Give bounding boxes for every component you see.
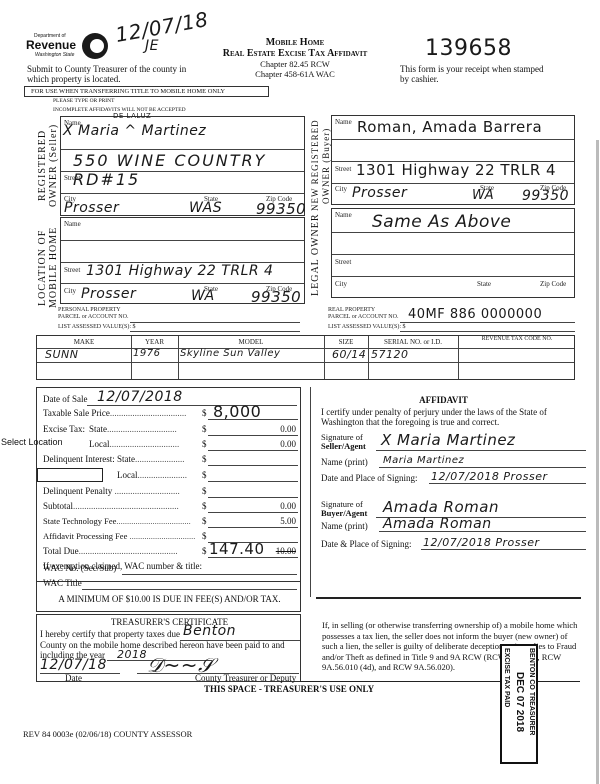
cell-year[interactable]: 1976 bbox=[133, 348, 160, 359]
agency-line3: Washington State bbox=[35, 52, 74, 58]
affidavit-statement: I certify under penalty of perjury under… bbox=[321, 407, 561, 427]
location-section-label: LOCATION OF MOBILE HOME bbox=[37, 220, 59, 315]
buyer-print-label: Name (print) bbox=[321, 521, 368, 531]
currency-symbol: $ bbox=[202, 424, 207, 434]
wac-no-label: WAC No. (Sec/Sub) bbox=[43, 563, 116, 573]
seller-date-field[interactable]: 12/07/2018 Prosser bbox=[431, 470, 548, 483]
delinquent-local-label: Local...................... bbox=[117, 470, 199, 480]
legal-zip-label: Zip Code bbox=[540, 280, 566, 288]
seller-sig-label: Signature of Seller/Agent bbox=[321, 433, 366, 451]
seller-date-label: Date and Place of Signing: bbox=[321, 473, 417, 483]
location-city-field[interactable]: Prosser bbox=[81, 286, 136, 302]
minimum-note: A MINIMUM OF $10.00 IS DUE IN FEE(S) AND… bbox=[37, 594, 302, 604]
total-due-label: Total Due...............................… bbox=[43, 546, 199, 556]
excise-local-label: Local............................... bbox=[89, 439, 199, 449]
chapter-rcw: Chapter 82.45 RCW bbox=[195, 59, 395, 69]
seller-city-field[interactable]: Prosser bbox=[64, 200, 119, 216]
stamp-line2: DEC 07 2018 bbox=[514, 672, 525, 732]
submit-note: Submit to County Treasurer of the county… bbox=[27, 64, 187, 84]
treasurer-title: TREASURER'S CERTIFICATE bbox=[37, 617, 302, 627]
col-header-make: MAKE bbox=[37, 338, 131, 346]
buyer-city-field[interactable]: Prosser bbox=[352, 185, 407, 201]
seller-print-field[interactable]: Maria Martinez bbox=[383, 455, 464, 466]
location-zip-field[interactable]: 99350 bbox=[251, 288, 301, 306]
excise-local-value: 0.00 bbox=[208, 439, 296, 449]
currency-symbol: $ bbox=[202, 470, 207, 480]
table-row bbox=[37, 362, 576, 380]
real-label1: REAL PROPERTY bbox=[328, 307, 375, 313]
buyer-print-field[interactable]: Amada Roman bbox=[383, 516, 492, 532]
seller-print-label: Name (print) bbox=[321, 457, 368, 467]
use-notice-box: FOR USE WHEN TRANSFERRING TITLE TO MOBIL… bbox=[24, 86, 269, 97]
real-parcel-field[interactable]: 40MF 886 0000000 bbox=[408, 307, 542, 322]
cell-model[interactable]: Skyline Sun Valley bbox=[180, 348, 280, 359]
legal-name-field[interactable]: Same As Above bbox=[372, 212, 511, 232]
buyer-zip-field[interactable]: 99350 bbox=[522, 188, 569, 204]
delinquent-penalty-label: Delinquent Penalty .....................… bbox=[43, 486, 199, 496]
cell-serial[interactable]: 57120 bbox=[371, 348, 409, 361]
wac-title-label: WAC Title bbox=[43, 578, 82, 588]
col-header-model: MODEL bbox=[178, 338, 324, 346]
seller-state-field[interactable]: WAS bbox=[189, 200, 222, 216]
currency-symbol: $ bbox=[202, 546, 207, 556]
location-state-field[interactable]: WA bbox=[191, 288, 215, 304]
receipt-number: 139658 bbox=[425, 36, 512, 61]
seller-name-insert: DE LALUZ bbox=[113, 112, 151, 120]
stamp-line1: BENTON CO TREASURER bbox=[528, 648, 535, 735]
buyer-name-field[interactable]: Roman, Amada Barrera bbox=[357, 118, 542, 136]
personal-parcel-section: PERSONAL PROPERTY PARCEL or ACCOUNT NO. … bbox=[58, 307, 303, 331]
seller-address-line[interactable]: 550 WINE COUNTRY RD#15 bbox=[73, 151, 304, 189]
currency-symbol: $ bbox=[202, 454, 207, 464]
subtotal-label: Subtotal................................… bbox=[43, 501, 199, 511]
tech-fee-label: State Technology Fee....................… bbox=[43, 516, 199, 526]
handwritten-initials: JE bbox=[145, 38, 159, 54]
taxable-price-label: Taxable Sale Price......................… bbox=[43, 408, 203, 418]
excise-tax-paid-stamp: BENTON CO TREASURER DEC 07 2018 EXCISE T… bbox=[500, 644, 538, 764]
seller-box: Name DE LALUZ X Maria ^ Martinez 550 WIN… bbox=[60, 116, 305, 216]
seller-section-label: REGISTERED OWNER (Seller) bbox=[37, 118, 59, 213]
buyer-street-label: Street bbox=[335, 165, 351, 173]
affidavit-section: AFFIDAVIT I certify under penalty of per… bbox=[310, 387, 575, 597]
dor-logo: Department of Revenue Washington State bbox=[26, 33, 106, 63]
date-of-sale-field[interactable]: 12/07/2018 bbox=[97, 389, 183, 405]
personal-label1: PERSONAL PROPERTY bbox=[58, 307, 121, 313]
select-location-label: Select Location bbox=[1, 437, 63, 447]
currency-symbol: $ bbox=[202, 408, 207, 418]
treasurer-date-label: Date bbox=[65, 673, 82, 683]
tech-fee-value: 5.00 bbox=[208, 516, 296, 526]
treasurer-date-field[interactable]: 12/07/18 bbox=[40, 657, 107, 673]
date-of-sale-label: Date of Sale bbox=[43, 394, 87, 404]
excise-state-value: 0.00 bbox=[208, 424, 296, 434]
lien-notice: If, in selling (or otherwise transferrin… bbox=[322, 620, 584, 673]
seller-signature-field[interactable]: X Maria Martinez bbox=[381, 431, 515, 449]
seller-name-field[interactable]: X Maria ^ Martinez bbox=[63, 123, 206, 139]
total-due-struck: 10.00 bbox=[208, 546, 296, 556]
currency-symbol: $ bbox=[202, 486, 207, 496]
chapter-wac: Chapter 458-61A WAC bbox=[195, 69, 395, 79]
treasurer-signer-label: County Treasurer or Deputy bbox=[195, 673, 296, 683]
legal-name-label: Name bbox=[335, 211, 352, 219]
title-line2: Real Estate Excise Tax Affidavit bbox=[195, 48, 395, 59]
form-footer: REV 84 0003e (02/06/18) COUNTY ASSESSOR bbox=[23, 729, 192, 739]
affidavit-title: AFFIDAVIT bbox=[311, 395, 576, 405]
legal-owner-box: Name Same As Above Street City State Zip… bbox=[331, 208, 575, 298]
use-notice: FOR USE WHEN TRANSFERRING TITLE TO MOBIL… bbox=[25, 87, 268, 96]
currency-symbol: $ bbox=[202, 531, 207, 541]
treasurer-county-field[interactable]: Benton bbox=[183, 623, 236, 639]
excise-tax-label: Excise Tax: bbox=[43, 424, 85, 434]
type-note: PLEASE TYPE OR PRINT bbox=[53, 98, 114, 104]
col-header-year: YEAR bbox=[131, 338, 178, 346]
buyer-sig-label: Signature of Buyer/Agent bbox=[321, 500, 367, 518]
legal-owner-section-label: LEGAL OWNER bbox=[310, 210, 332, 300]
location-select-input[interactable] bbox=[37, 468, 103, 482]
buyer-signature-field[interactable]: Amada Roman bbox=[383, 498, 499, 516]
processing-fee-label: Affidavit Processing Fee ...............… bbox=[43, 531, 199, 541]
buyer-date-field[interactable]: 12/07/2018 Prosser bbox=[423, 536, 540, 549]
treasurer-use-only: THIS SPACE - TREASURER'S USE ONLY bbox=[204, 684, 374, 694]
col-header-size: SIZE bbox=[324, 338, 368, 346]
buyer-section-label: NEW REGISTERED OWNER (Buyer) bbox=[310, 118, 332, 213]
personal-assessed-label: LIST ASSESSED VALUE(S): $ bbox=[58, 324, 136, 330]
seller-zip-field[interactable]: 99350 bbox=[256, 200, 306, 218]
location-name-label: Name bbox=[64, 220, 81, 228]
treasurer-certificate-box: TREASURER'S CERTIFICATE I hereby certify… bbox=[36, 614, 301, 682]
currency-symbol: $ bbox=[202, 439, 207, 449]
agency-line2: Revenue bbox=[26, 38, 76, 52]
delinquent-state-label: State...................... bbox=[117, 454, 199, 464]
treasurer-line1: I hereby certify that property taxes due bbox=[40, 629, 180, 639]
wac-box: WAC No. (Sec/Sub) WAC Title A MINIMUM OF… bbox=[36, 582, 301, 612]
legal-state-label: State bbox=[477, 280, 491, 288]
buyer-state-field[interactable]: WA bbox=[472, 188, 494, 203]
buyer-city-label: City bbox=[335, 185, 347, 193]
subtotal-value: 0.00 bbox=[208, 501, 296, 511]
buyer-date-label: Date & Place of Signing: bbox=[321, 539, 411, 549]
location-city-label: City bbox=[64, 287, 76, 295]
scan-edge-right bbox=[596, 140, 599, 784]
stamp-line3: EXCISE TAX PAID bbox=[503, 648, 510, 707]
buyer-name-label: Name bbox=[335, 118, 352, 126]
personal-label2: PARCEL or ACCOUNT NO. bbox=[58, 314, 128, 320]
page-title: Mobile Home Real Estate Excise Tax Affid… bbox=[195, 37, 395, 79]
col-header-serial: SERIAL NO. or I.D. bbox=[368, 338, 458, 346]
receipt-note: This form is your receipt when stamped b… bbox=[400, 64, 550, 84]
real-label2: PARCEL or ACCOUNT NO. bbox=[328, 314, 398, 320]
location-box: Name Street 1301 Highway 22 TRLR 4 City … bbox=[60, 217, 305, 304]
title-line1: Mobile Home bbox=[195, 37, 395, 48]
location-street-label: Street bbox=[64, 266, 80, 274]
delinquent-interest-label: Delinquent Interest: bbox=[43, 454, 115, 464]
location-street-field[interactable]: 1301 Highway 22 TRLR 4 bbox=[86, 263, 273, 279]
treasurer-line2: County on the mobile home described here… bbox=[40, 640, 285, 650]
buyer-box: Name Roman, Amada Barrera Street 1301 Hi… bbox=[331, 115, 575, 205]
currency-symbol: $ bbox=[202, 516, 207, 526]
mobile-home-table: MAKE YEAR MODEL SIZE SERIAL NO. or I.D. … bbox=[36, 335, 575, 380]
real-parcel-section: REAL PROPERTY PARCEL or ACCOUNT NO. 40MF… bbox=[328, 307, 578, 331]
table-row: SUNN 1976 Skyline Sun Valley 60/14 57120 bbox=[37, 348, 576, 362]
seller-street-label: Street bbox=[64, 174, 80, 182]
cell-size[interactable]: 60/14 bbox=[332, 348, 366, 361]
legal-street-label: Street bbox=[335, 258, 351, 266]
dor-swirl-icon bbox=[82, 33, 108, 59]
tax-calculation-box: Date of Sale 12/07/2018 Taxable Sale Pri… bbox=[36, 387, 301, 582]
col-header-revenue-code: REVENUE TAX CODE NO. bbox=[458, 336, 576, 342]
treasurer-year-field[interactable]: 2018 bbox=[117, 648, 147, 661]
cell-make[interactable]: SUNN bbox=[45, 348, 79, 361]
buyer-street-field[interactable]: 1301 Highway 22 TRLR 4 bbox=[356, 161, 556, 179]
excise-state-label: State............................... bbox=[89, 424, 199, 434]
legal-city-label: City bbox=[335, 280, 347, 288]
currency-symbol: $ bbox=[202, 501, 207, 511]
taxable-price-field[interactable]: 8,000 bbox=[213, 402, 261, 421]
real-assessed-label: LIST ASSESSED VALUE(S): $ bbox=[328, 324, 406, 330]
